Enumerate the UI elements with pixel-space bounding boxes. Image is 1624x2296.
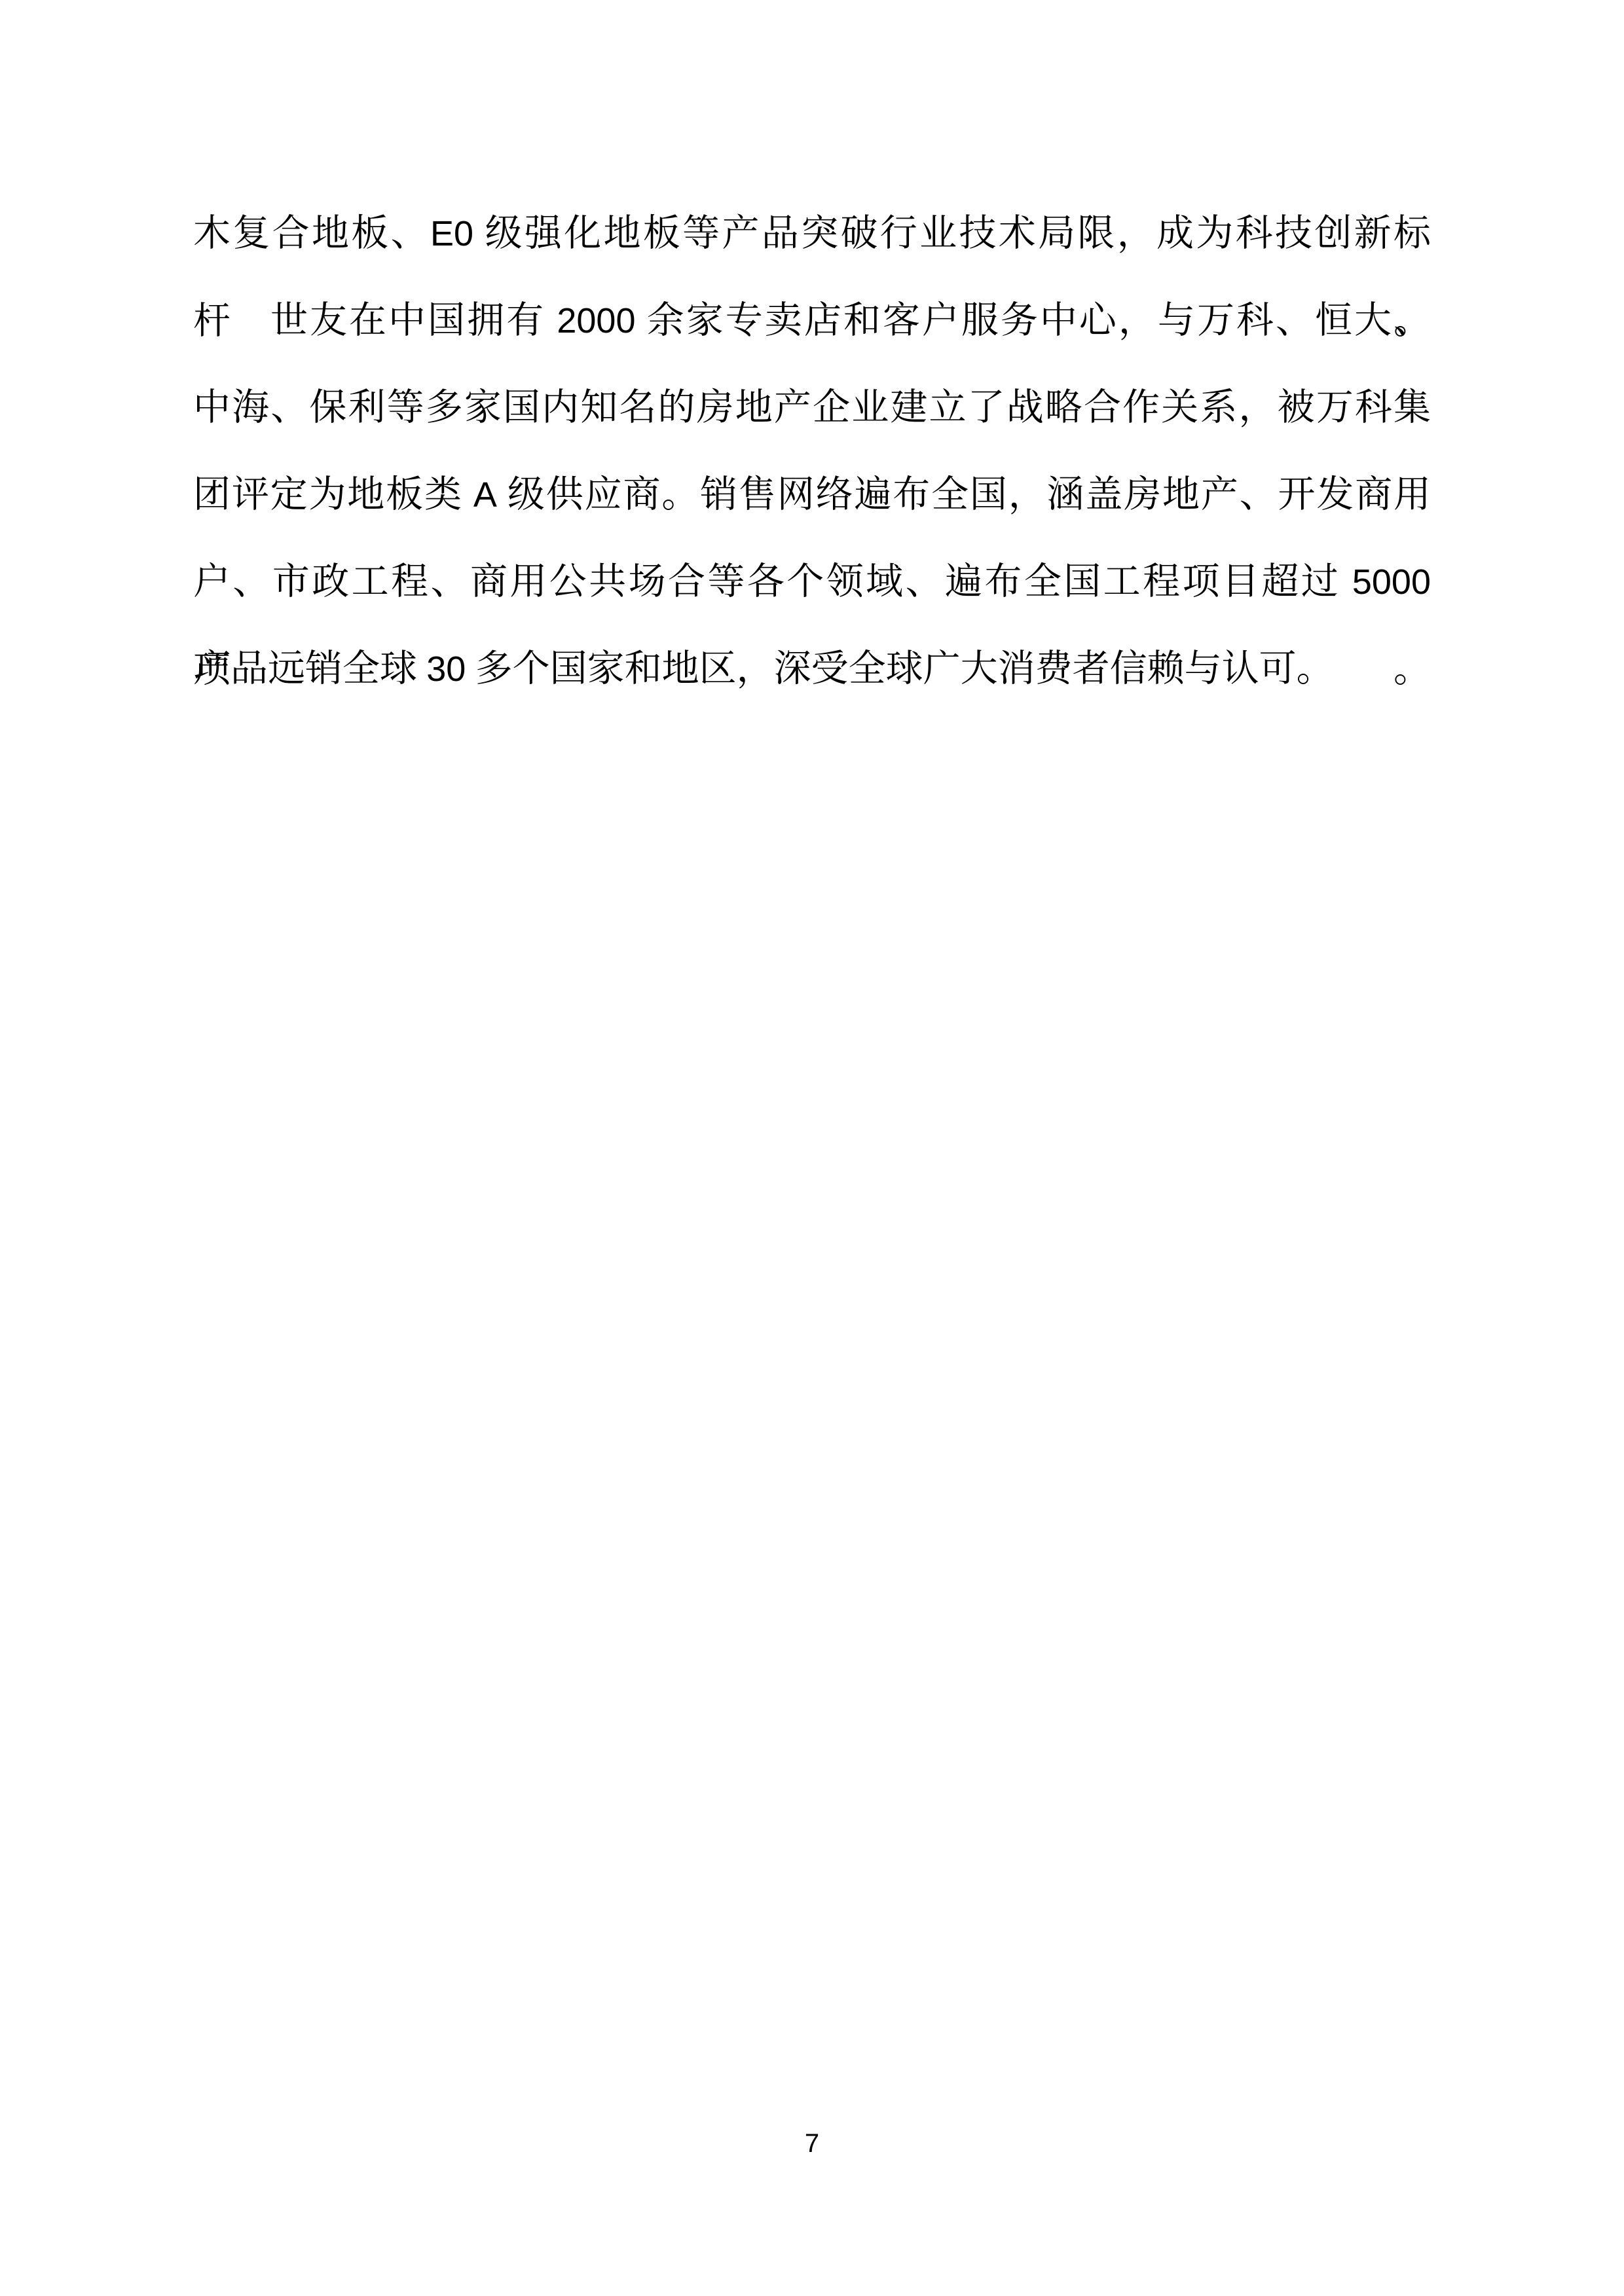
text-line: 团评定为地板类 A 级供应商。销售网络遍布全国，涵盖房地产、开发商用 <box>193 451 1431 538</box>
text-line: 中海、保利等多家国内知名的房地产企业建立了战略合作关系，被万科集 <box>193 364 1431 451</box>
cjk-text-run: 余家专卖店和客户服务中心，与万科、恒大、 <box>636 300 1431 341</box>
text-line: 产品远销全球 30 多个国家和地区，深受全球广大消费者信赖与认可。 <box>193 625 1431 712</box>
cjk-text-run: 产品远销全球 <box>193 648 426 689</box>
cjk-text-run: 世友在中国拥有 <box>270 300 557 341</box>
paragraph-block: 木复合地板、E0 级强化地板等产品突破行业技术局限，成为科技创新标杆。世友在中国… <box>193 190 1431 712</box>
cjk-text-run: 中海、保利等多家国内知名的房地产企业建立了战略合作关系，被万科集 <box>193 387 1431 428</box>
text-line: 世友在中国拥有 2000 余家专卖店和客户服务中心，与万科、恒大、 <box>193 277 1431 364</box>
cjk-text-run: 级供应商。销售网络遍布全国，涵盖房地产、开发商用 <box>497 474 1431 515</box>
cjk-text-run: 多个国家和地区，深受全球广大消费者信赖与认可。 <box>466 648 1333 689</box>
latin-text-run: E0 <box>430 214 473 253</box>
cjk-text-run: 团评定为地板类 <box>193 474 473 515</box>
latin-text-run: 5000 <box>1352 562 1431 602</box>
latin-text-run: 30 <box>426 649 466 689</box>
cjk-text-run: 木复合地板、 <box>193 213 430 254</box>
latin-text-run: A <box>473 475 497 515</box>
page-number: 7 <box>0 2129 1624 2158</box>
document-page: 木复合地板、E0 级强化地板等产品突破行业技术局限，成为科技创新标杆。世友在中国… <box>0 0 1624 2296</box>
text-line: 户、市政工程、商用公共场合等各个领域、遍布全国工程项目超过 5000 项。 <box>193 538 1431 625</box>
cjk-text-run: 户、市政工程、商用公共场合等各个领域、遍布全国工程项目超过 <box>193 561 1352 602</box>
latin-text-run: 2000 <box>557 301 635 340</box>
text-line: 木复合地板、E0 级强化地板等产品突破行业技术局限，成为科技创新标杆。 <box>193 190 1431 277</box>
